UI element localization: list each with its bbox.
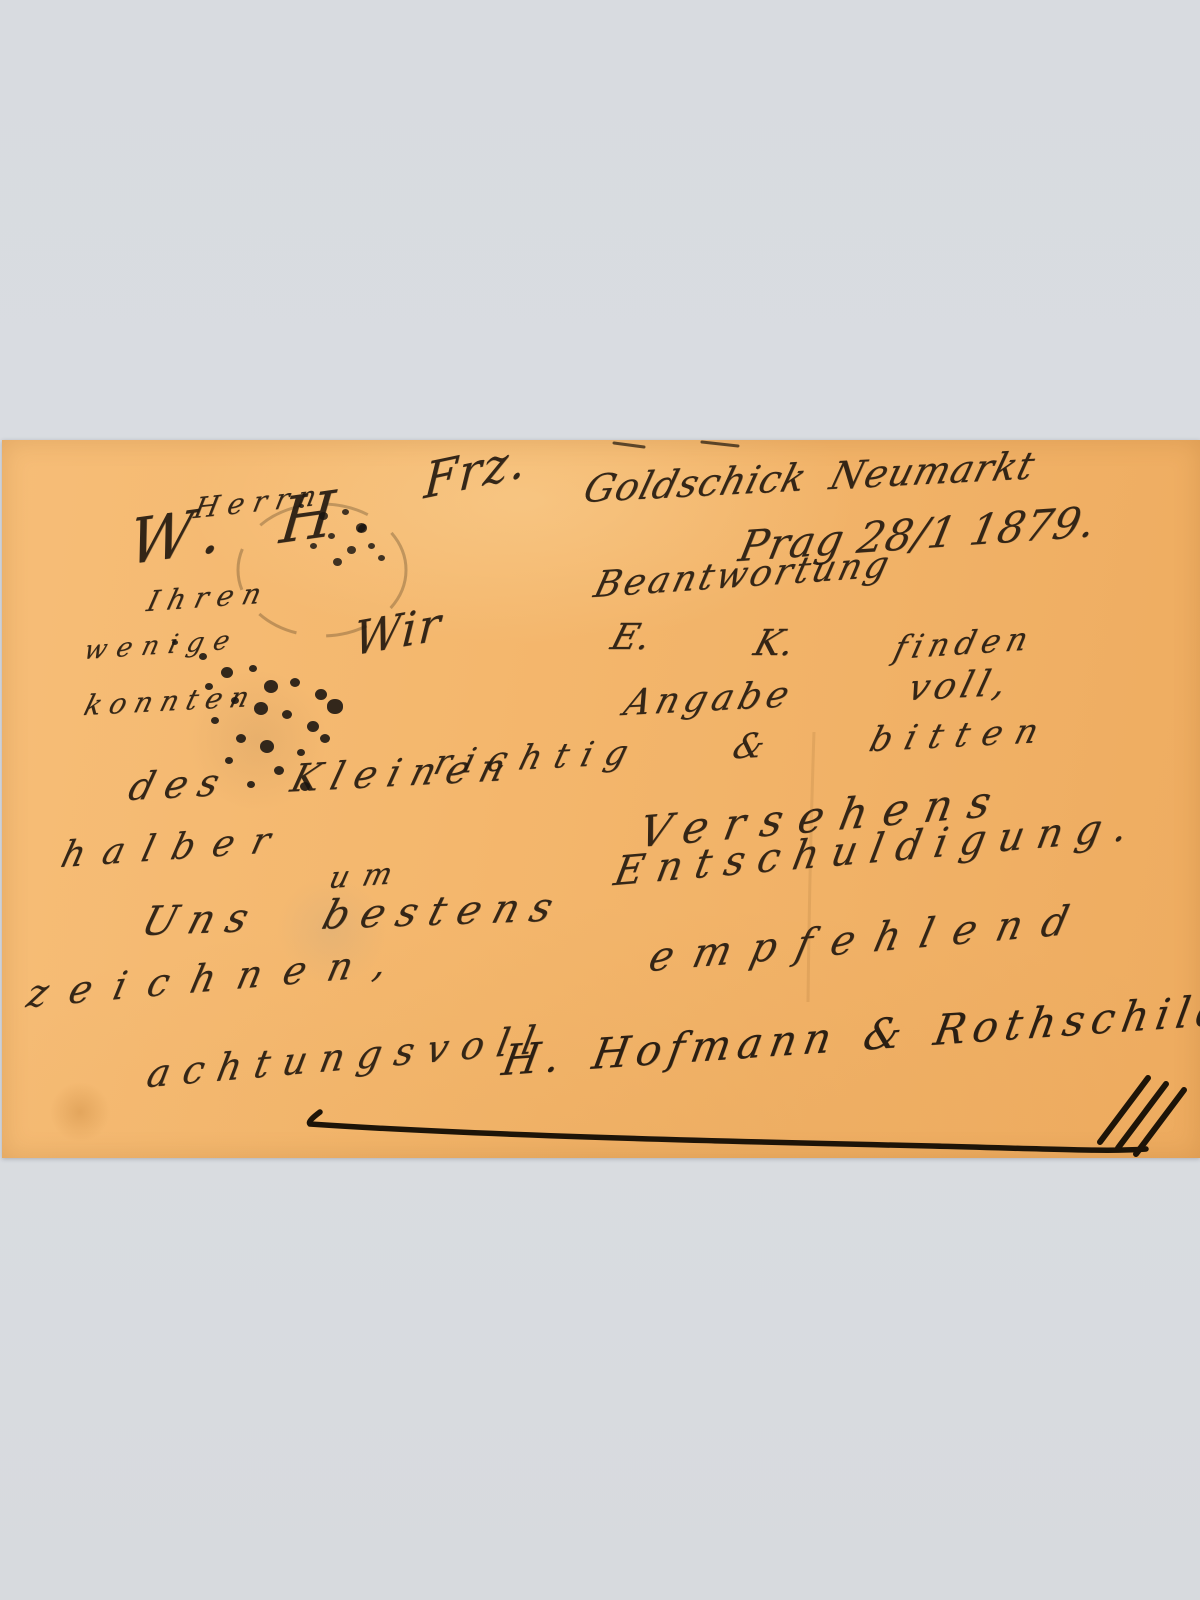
handwriting-addressee-name: Goldschick Neumarkt (580, 446, 1040, 508)
handwriting-line8-mid: um (326, 858, 409, 894)
handwriting-line9-left: Uns bestens (137, 887, 569, 942)
handwriting-line4-right: finden (891, 622, 1038, 664)
handwriting-line10: zeichnen, (23, 941, 412, 1013)
handwriting-line7-left: des Kleinen (125, 747, 521, 806)
handwriting-line9-right: empfehlend (645, 899, 1092, 978)
handwriting-line8-left: halber (57, 822, 291, 874)
handwriting-line5-right: Angabe voll, (620, 665, 1015, 722)
handwriting-line4-e: E. (607, 620, 655, 656)
handwriting-line4-k: K. (750, 626, 799, 662)
handwriting-line3-left: Ihren (144, 579, 273, 616)
handwriting-addressee-title: Frz. (423, 435, 529, 507)
postcard: Herrn Frz. Goldschick Neumarkt W. H. Pra… (2, 440, 1200, 1158)
handwriting-line6-right: richtig & bitten (430, 713, 1055, 780)
handwriting-monogram: W. H. (126, 474, 396, 575)
handwriting-line11: achtungsvoll (144, 1020, 551, 1094)
postmark-smudge-lower (172, 640, 178, 645)
handwriting-line5-left: konnten (81, 683, 260, 720)
handwriting-signature: H. Hofmann & Rothschild (499, 989, 1200, 1083)
handwriting-line4-mid: Wir (353, 600, 444, 663)
signature-hatch-strokes (1100, 1078, 1184, 1154)
signature-underline-flourish (309, 1112, 1146, 1150)
top-edge-ink-marks (614, 442, 738, 447)
postmark-smudge-upper (299, 504, 304, 508)
handwriting-line4-left: wenige (81, 627, 242, 664)
handwriting-line3-center: Beantwortung (590, 547, 895, 604)
